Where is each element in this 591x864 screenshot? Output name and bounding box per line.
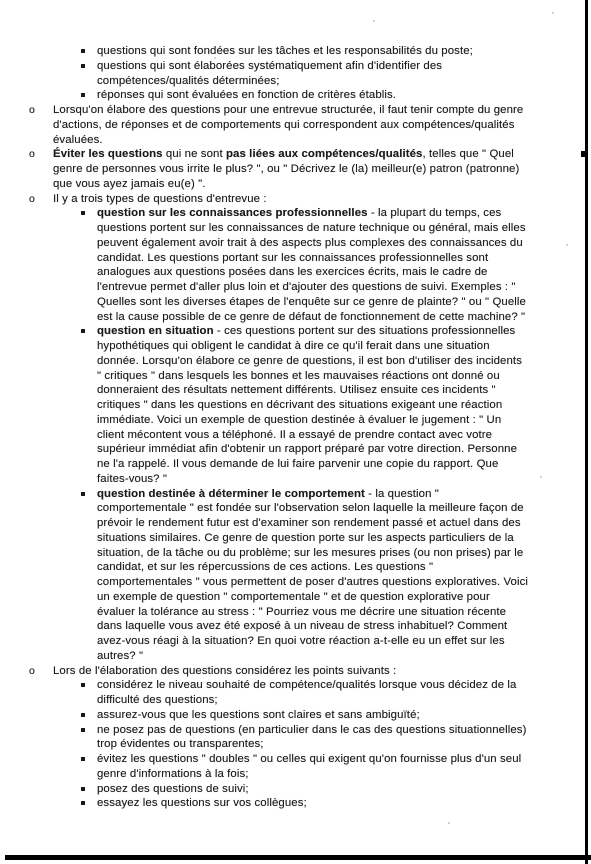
list-item-text: Lorsqu'on élabore des questions pour une… bbox=[53, 103, 531, 147]
list-item: ne posez pas de questions (en particulie… bbox=[0, 723, 585, 753]
square-bullet-icon bbox=[81, 683, 85, 687]
circle-bullet-icon: o bbox=[29, 192, 35, 207]
square-bullet-icon bbox=[81, 64, 85, 68]
square-bullet-icon bbox=[81, 757, 85, 761]
list-item: essayez les questions sur vos collègues; bbox=[0, 796, 585, 811]
list-item: oLors de l'élaboration des questions con… bbox=[0, 664, 585, 679]
document-page: questions qui sont fondées sur les tâche… bbox=[0, 0, 591, 864]
scan-speck bbox=[566, 244, 568, 246]
list-item-text: Éviter les questions qui ne sont pas lié… bbox=[53, 147, 531, 191]
circle-bullet-icon: o bbox=[29, 147, 35, 162]
circle-bullet-icon: o bbox=[29, 103, 35, 118]
square-bullet-icon bbox=[81, 49, 85, 53]
document-content: questions qui sont fondées sur les tâche… bbox=[0, 44, 585, 811]
list-item-text: question sur les connaissances professio… bbox=[97, 206, 529, 324]
list-item-text: questions qui sont élaborées systématiqu… bbox=[97, 59, 529, 89]
scan-speck bbox=[373, 20, 375, 22]
scan-speck bbox=[448, 822, 450, 824]
square-bullet-icon bbox=[81, 93, 85, 97]
list-item: questions qui sont fondées sur les tâche… bbox=[0, 44, 585, 59]
scan-speck bbox=[552, 12, 554, 14]
list-item-text: essayez les questions sur vos collègues; bbox=[97, 796, 529, 811]
list-item-text: considérez le niveau souhaité de compéte… bbox=[97, 678, 529, 708]
circle-bullet-icon: o bbox=[29, 664, 35, 679]
list-item: évitez les questions " doubles " ou cell… bbox=[0, 752, 585, 782]
list-item: assurez-vous que les questions sont clai… bbox=[0, 708, 585, 723]
list-item: considérez le niveau souhaité de compéte… bbox=[0, 678, 585, 708]
square-bullet-icon bbox=[81, 713, 85, 717]
list-item: réponses qui sont évaluées en fonction d… bbox=[0, 88, 585, 103]
list-item-text: Il y a trois types de questions d'entrev… bbox=[53, 192, 531, 207]
list-item: posez des questions de suivi; bbox=[0, 782, 585, 797]
list-item-text: réponses qui sont évaluées en fonction d… bbox=[97, 88, 529, 103]
list-item-text: posez des questions de suivi; bbox=[97, 782, 529, 797]
square-bullet-icon bbox=[81, 492, 85, 496]
list-item-text: question en situation - ces questions po… bbox=[97, 324, 529, 486]
list-item: oLorsqu'on élabore des questions pour un… bbox=[0, 103, 585, 147]
list-item: question en situation - ces questions po… bbox=[0, 324, 585, 486]
square-bullet-icon bbox=[81, 787, 85, 791]
square-bullet-icon bbox=[81, 728, 85, 732]
square-bullet-icon bbox=[81, 329, 85, 333]
list-item: questions qui sont élaborées systématiqu… bbox=[0, 59, 585, 89]
list-item-text: questions qui sont fondées sur les tâche… bbox=[97, 44, 529, 59]
list-item: oIl y a trois types de questions d'entre… bbox=[0, 192, 585, 207]
list-item: question destinée à déterminer le compor… bbox=[0, 487, 585, 664]
scan-speck bbox=[540, 476, 542, 478]
square-bullet-icon bbox=[81, 211, 85, 215]
scan-edge-bottom bbox=[5, 855, 591, 860]
list-item: question sur les connaissances professio… bbox=[0, 206, 585, 324]
list-item-text: question destinée à déterminer le compor… bbox=[97, 487, 529, 664]
list-item-text: Lors de l'élaboration des questions cons… bbox=[53, 664, 531, 679]
list-item-text: ne posez pas de questions (en particulie… bbox=[97, 723, 529, 753]
list-item: oÉviter les questions qui ne sont pas li… bbox=[0, 147, 585, 191]
scan-artifact-tick bbox=[581, 151, 586, 157]
scan-speck bbox=[214, 57, 216, 59]
list-item-text: évitez les questions " doubles " ou cell… bbox=[97, 752, 529, 782]
scan-edge-right bbox=[585, 0, 588, 864]
list-item-text: assurez-vous que les questions sont clai… bbox=[97, 708, 529, 723]
square-bullet-icon bbox=[81, 801, 85, 805]
